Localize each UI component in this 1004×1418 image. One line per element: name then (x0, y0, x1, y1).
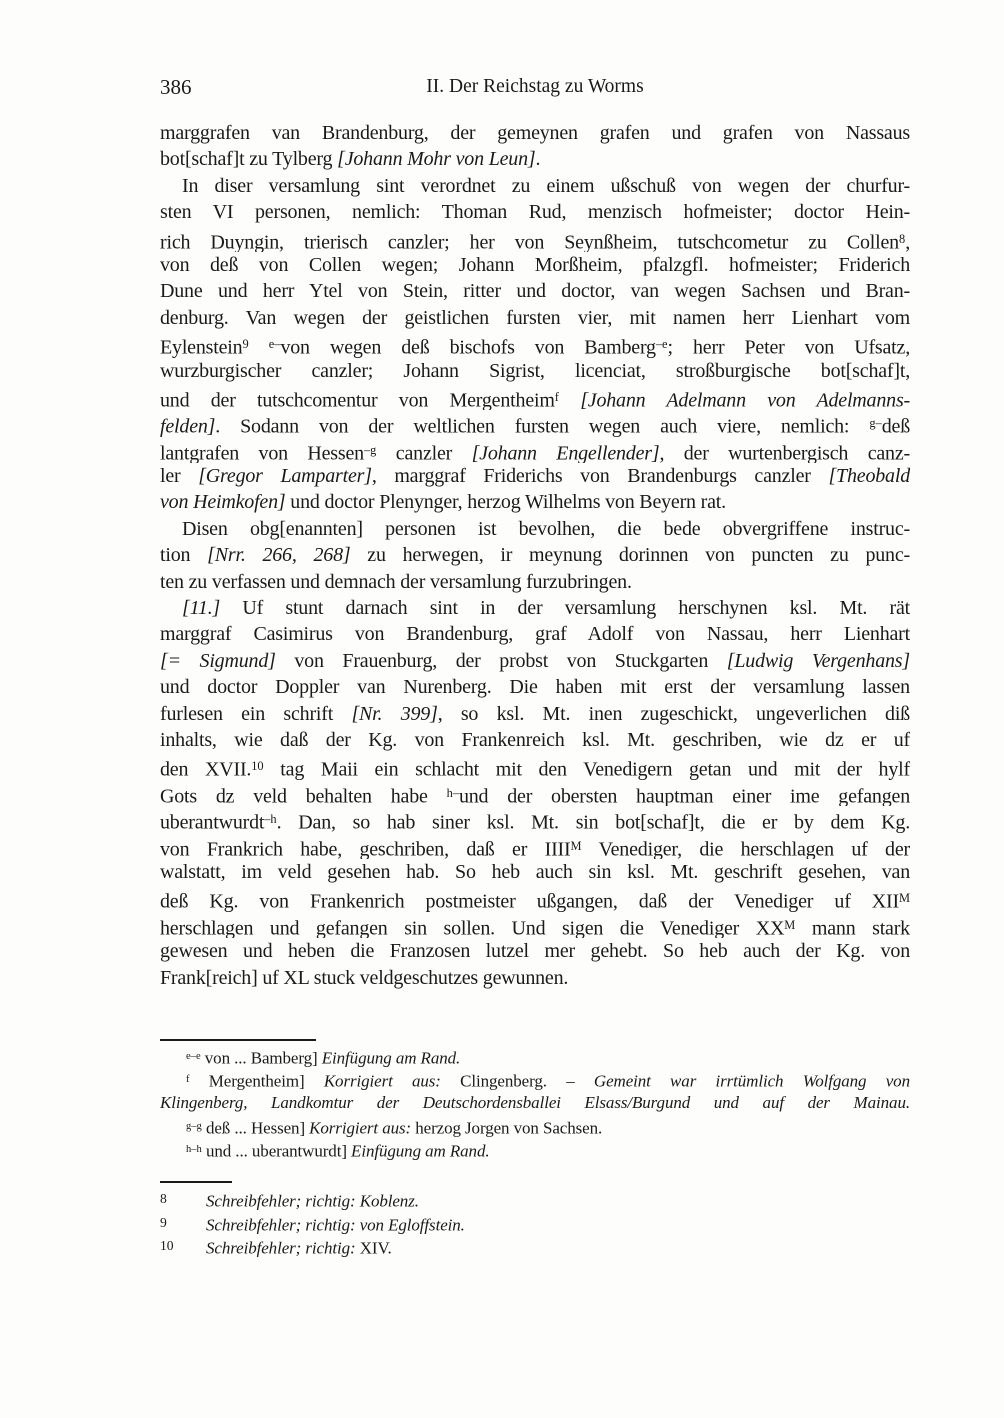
text-line: marggraf Casimirus von Brandenburg, graf… (160, 621, 910, 647)
page-header: 386 II. Der Reichstag zu Worms (160, 74, 910, 100)
text-line: wurzburgischer canzler; Johann Sigrist, … (160, 358, 910, 384)
note-marker: –h (264, 812, 276, 826)
text-line: Klingenberg, Landkomtur der Deutschorden… (160, 1091, 910, 1114)
text-line: f Mergentheim] Korrigiert aus: Clingenbe… (160, 1068, 910, 1091)
note-marker: h– (447, 786, 459, 800)
footnote-number: 10 (160, 1234, 196, 1258)
note-marker: e–e (186, 1051, 201, 1062)
note-marker: –g (364, 443, 376, 457)
text-line: uberantwurdt–h. Dan, so hab siner ksl. M… (160, 806, 910, 832)
footnote-number: 8 (160, 1187, 196, 1211)
text-line: 8Schreibfehler; richtig: Koblenz. (160, 1187, 910, 1211)
text-line: ten zu verfassen und demnach der versaml… (160, 569, 910, 595)
text-line: Gots dz veld behalten habe h–und der obe… (160, 780, 910, 806)
note-marker: M (570, 839, 581, 853)
text-line: inhalts, wie daß der Kg. von Frankenreic… (160, 727, 910, 753)
text-line: den XVII.10 tag Maii ein schlacht mit de… (160, 753, 910, 779)
text-line: herschlagen und gefangen sin sollen. Und… (160, 912, 910, 938)
note-marker: 10 (251, 759, 263, 773)
text-line: [11.] Uf stunt darnach sint in der versa… (160, 595, 910, 621)
text-line: Dune und herr Ytel von Stein, ritter und… (160, 278, 910, 304)
note-marker: g– (869, 416, 881, 430)
footnotes: 8Schreibfehler; richtig: Koblenz.9Schrei… (160, 1187, 910, 1258)
note-marker: g–g (186, 1121, 202, 1132)
note-marker: M (899, 891, 910, 905)
note-marker: –e (656, 337, 668, 351)
text-line: e–e von ... Bamberg] Einfügung am Rand. (160, 1045, 910, 1068)
text-line: sten VI personen, nemlich: Thoman Rud, m… (160, 199, 910, 225)
footnote-number: 9 (160, 1211, 196, 1235)
footnote-separator (160, 1181, 232, 1183)
text-line: lantgrafen von Hessen–g canzler [Johann … (160, 437, 910, 463)
text-line: denburg. Van wegen der geistlichen furst… (160, 305, 910, 331)
text-line: bot[schaf]t zu Tylberg [Johann Mohr von … (160, 146, 910, 172)
text-line: 9Schreibfehler; richtig: von Egloffstein… (160, 1211, 910, 1235)
text-line: furlesen ein schrift [Nr. 399], so ksl. … (160, 701, 910, 727)
text-line: Frank[reich] uf XL stuck veldgeschutzes … (160, 965, 910, 991)
text-line: von deß von Collen wegen; Johann Morßhei… (160, 252, 910, 278)
text-line: und doctor Doppler van Nurenberg. Die ha… (160, 674, 910, 700)
text-line: 10Schreibfehler; richtig: XIV. (160, 1234, 910, 1258)
text-line: Eylenstein9 e–von wegen deß bischofs von… (160, 331, 910, 357)
apparatus-separator (160, 1039, 316, 1041)
page-number: 386 (160, 74, 192, 100)
text-line: von Frankrich habe, geschriben, daß er I… (160, 833, 910, 859)
note-marker: h–h (186, 1144, 202, 1155)
book-page: 386 II. Der Reichstag zu Worms marggrafe… (0, 0, 1004, 1418)
text-line: deß Kg. von Frankenrich postmeister ußga… (160, 885, 910, 911)
text-line: g–g deß ... Hessen] Korrigiert aus: herz… (160, 1115, 910, 1138)
text-line: tion [Nrr. 266, 268] zu herwegen, ir mey… (160, 542, 910, 568)
text-line: ler [Gregor Lamparter], marggraf Frideri… (160, 463, 910, 489)
note-marker: M (784, 918, 795, 932)
text-line: und der tutschcomentur von Mergentheimf … (160, 384, 910, 410)
text-line: von Heimkofen] und doctor Plenynger, her… (160, 489, 910, 515)
text-line: h–h und ... uberantwurdt] Einfügung am R… (160, 1138, 910, 1161)
note-marker: 9 (242, 337, 248, 351)
text-line: marggrafen van Brandenburg, der gemeynen… (160, 120, 910, 146)
text-line: rich Duyngin, trierisch canzler; her von… (160, 226, 910, 252)
body-text: marggrafen van Brandenburg, der gemeynen… (160, 120, 910, 991)
note-marker: e– (269, 337, 281, 351)
text-line: [= Sigmund] von Frauenburg, der probst v… (160, 648, 910, 674)
text-line: In diser versamlung sint verordnet zu ei… (160, 173, 910, 199)
running-title: II. Der Reichstag zu Worms (160, 74, 910, 100)
apparatus-notes: e–e von ... Bamberg] Einfügung am Rand.f… (160, 1045, 910, 1161)
text-line: walstatt, im veld gesehen hab. So heb au… (160, 859, 910, 885)
text-line: Disen obg[enannten] personen ist bevolhe… (160, 516, 910, 542)
text-line: felden]. Sodann von der weltlichen furst… (160, 410, 910, 436)
text-line: gewesen und heben die Franzosen lutzel m… (160, 938, 910, 964)
